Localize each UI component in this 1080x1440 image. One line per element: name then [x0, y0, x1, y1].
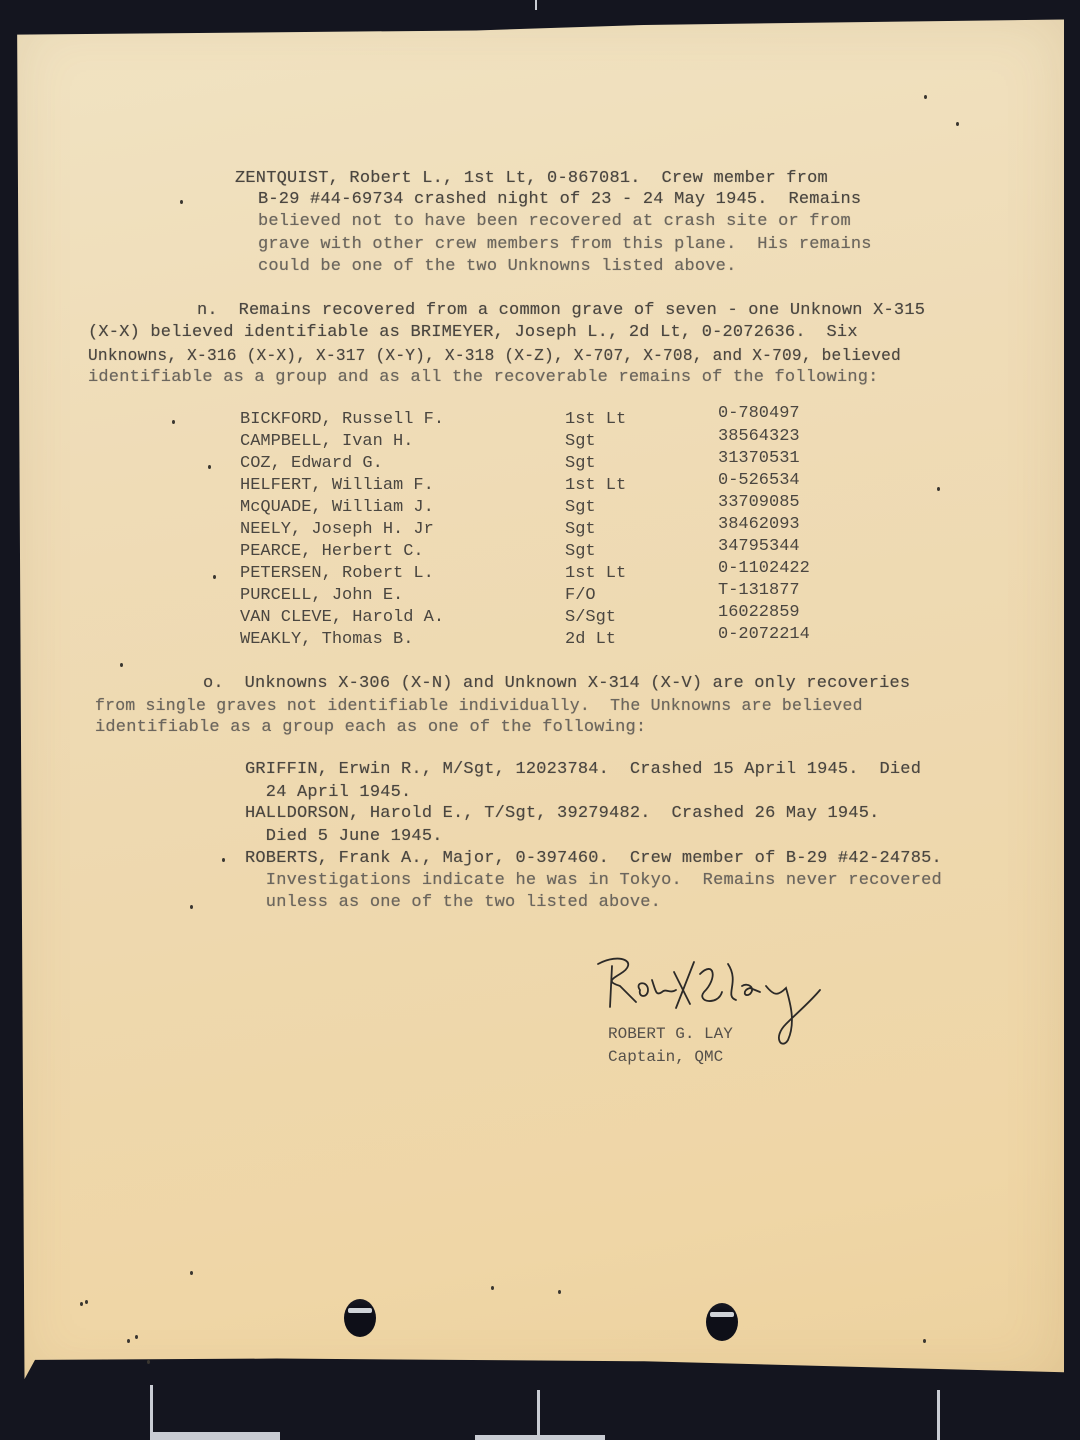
paragraph-o-line: identifiable as a group each as one of t… [95, 717, 646, 740]
zentquist-line: B-29 #44-69734 crashed night of 23 - 24 … [258, 189, 861, 212]
paragraph-o-line: from single graves not identifiable indi… [95, 695, 863, 718]
crew-name: NEELY, Joseph H. Jr [240, 520, 434, 539]
paper-speck [208, 465, 211, 469]
paragraph-n-line: n. Remains recovered from a common grave… [197, 300, 925, 323]
paper-speck [135, 1335, 138, 1339]
crew-name: PEARCE, Herbert C. [240, 542, 424, 561]
backdrop-line [937, 1390, 940, 1440]
paper-speck [127, 1339, 130, 1343]
crew-name: CAMPBELL, Ivan H. [240, 432, 413, 451]
roberts-entry: unless as one of the two listed above. [245, 892, 661, 915]
griffin-entry: GRIFFIN, Erwin R., M/Sgt, 12023784. Cras… [245, 759, 921, 782]
crew-serial: 0-1102422 [718, 559, 810, 578]
paragraph-n-line: identifiable as a group and as all the r… [88, 367, 879, 390]
paper-speck [85, 1300, 88, 1304]
crew-serial: 31370531 [718, 449, 800, 468]
paragraph-o-line: o. Unknowns X-306 (X-N) and Unknown X-31… [203, 673, 910, 696]
crew-rank: 1st Lt [565, 476, 626, 495]
crew-serial: 34795344 [718, 537, 800, 556]
roberts-entry: Investigations indicate he was in Tokyo.… [245, 870, 942, 893]
crew-rank: Sgt [565, 542, 596, 561]
paragraph-n-line: (X-X) believed identifiable as BRIMEYER,… [88, 322, 858, 345]
crew-serial: 38462093 [718, 515, 800, 534]
signer-name: ROBERT G. LAY [608, 1025, 733, 1043]
backdrop-line [535, 0, 537, 10]
zentquist-line: grave with other crew members from this … [258, 234, 872, 257]
paper-speck [924, 95, 927, 99]
paper-speck [190, 905, 193, 909]
table-row: WEAKLY, Thomas B. 2d Lt 0-2072214 [240, 630, 840, 652]
paper-speck [147, 1360, 150, 1364]
crew-rank: S/Sgt [565, 608, 616, 627]
halldorson-entry: HALLDORSON, Harold E., T/Sgt, 39279482. … [245, 803, 880, 826]
paper-speck [222, 858, 225, 862]
paper-speck [80, 1302, 83, 1306]
crew-rank: 2d Lt [565, 630, 616, 649]
crew-name: BICKFORD, Russell F. [240, 410, 444, 429]
crew-name: VAN CLEVE, Harold A. [240, 608, 444, 627]
crew-name: WEAKLY, Thomas B. [240, 630, 413, 649]
griffin-entry: 24 April 1945. [245, 782, 411, 805]
crew-serial: 33709085 [718, 493, 800, 512]
crew-serial: 0-780497 [718, 404, 800, 423]
paper-speck [937, 487, 940, 491]
paper-speck [923, 1339, 926, 1343]
roberts-entry: ROBERTS, Frank A., Major, 0-397460. Crew… [245, 848, 942, 871]
handwritten-signature [590, 952, 880, 1062]
paper-speck [558, 1290, 561, 1294]
zentquist-line: believed not to have been recovered at c… [258, 211, 851, 234]
crew-name: HELFERT, William F. [240, 476, 434, 495]
zentquist-line: ZENTQUIST, Robert L., 1st Lt, 0-867081. … [235, 168, 828, 191]
paper-speck [180, 200, 183, 204]
zentquist-line: could be one of the two Unknowns listed … [258, 256, 736, 279]
crew-rank: Sgt [565, 520, 596, 539]
crew-rank: Sgt [565, 454, 596, 473]
paragraph-n-line: Unknowns, X-316 (X-X), X-317 (X-Y), X-31… [88, 345, 901, 368]
crew-name: McQUADE, William J. [240, 498, 434, 517]
paper-speck [190, 1271, 193, 1275]
crew-rank: 1st Lt [565, 564, 626, 583]
paper-speck [172, 420, 175, 424]
crew-serial: 16022859 [718, 603, 800, 622]
signer-title: Captain, QMC [608, 1048, 723, 1066]
paper-speck [120, 663, 123, 667]
crew-rank: Sgt [565, 498, 596, 517]
crew-serial: 0-526534 [718, 471, 800, 490]
crew-name: COZ, Edward G. [240, 454, 383, 473]
paper-speck [491, 1286, 494, 1290]
crew-name: PETERSEN, Robert L. [240, 564, 434, 583]
hole-punch [344, 1299, 376, 1337]
hole-punch [706, 1303, 738, 1341]
crew-rank: Sgt [565, 432, 596, 451]
crew-name: PURCELL, John E. [240, 586, 403, 605]
paper-speck [213, 575, 216, 579]
crew-rank: F/O [565, 586, 596, 605]
backdrop-line [475, 1435, 605, 1440]
crew-rank: 1st Lt [565, 410, 626, 429]
backdrop-line [150, 1432, 280, 1440]
crew-serial: 38564323 [718, 427, 800, 446]
halldorson-entry: Died 5 June 1945. [245, 826, 443, 849]
crew-serial: T-131877 [718, 581, 800, 600]
backdrop-line [537, 1390, 540, 1440]
crew-serial: 0-2072214 [718, 625, 810, 644]
paper-speck [956, 122, 959, 126]
